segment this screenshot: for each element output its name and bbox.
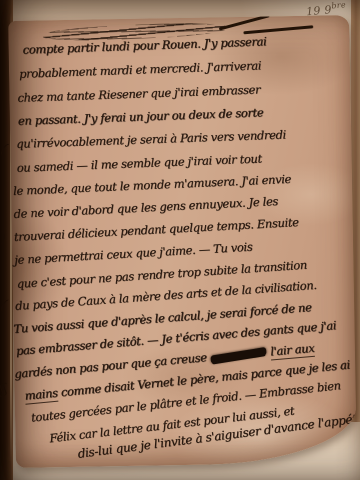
manuscript-line: en passant. J'y ferai un jour ou deux de… xyxy=(18,105,264,128)
manuscript-line: de ne voir d'abord que les gens ennuyeux… xyxy=(13,194,278,221)
manuscript-page: compte partir lundi pour Rouen. J'y pass… xyxy=(8,15,357,468)
underlined-phrase: l'air aux xyxy=(270,341,315,361)
manuscript-line: probablement mardi et mercredi. J'arrive… xyxy=(19,58,262,80)
manuscript-line: chez ma tante Riesener que j'irai embras… xyxy=(17,82,260,104)
manuscript-line: ou samedi — il me semble que j'irai voir… xyxy=(16,151,262,174)
manuscript-line: le monde, que tout le monde m'amusera. J… xyxy=(13,172,291,198)
manuscript-photo: ( ) ( ʃʃ 19 9bre compte partir lundi pou… xyxy=(0,0,360,480)
underlined-word: mains xyxy=(24,386,58,405)
scratched-out-word xyxy=(210,347,266,364)
manuscript-line: qu'irrévocablement je serai à Paris vers… xyxy=(16,127,286,150)
struck-out-line-flourish xyxy=(243,25,313,34)
date-annotation-sup: bre xyxy=(331,0,346,10)
date-annotation-main: 19 9 xyxy=(305,3,332,18)
manuscript-line: trouverai délicieux pendant quelque temp… xyxy=(14,215,299,244)
struck-out-line-flourish xyxy=(219,15,270,30)
